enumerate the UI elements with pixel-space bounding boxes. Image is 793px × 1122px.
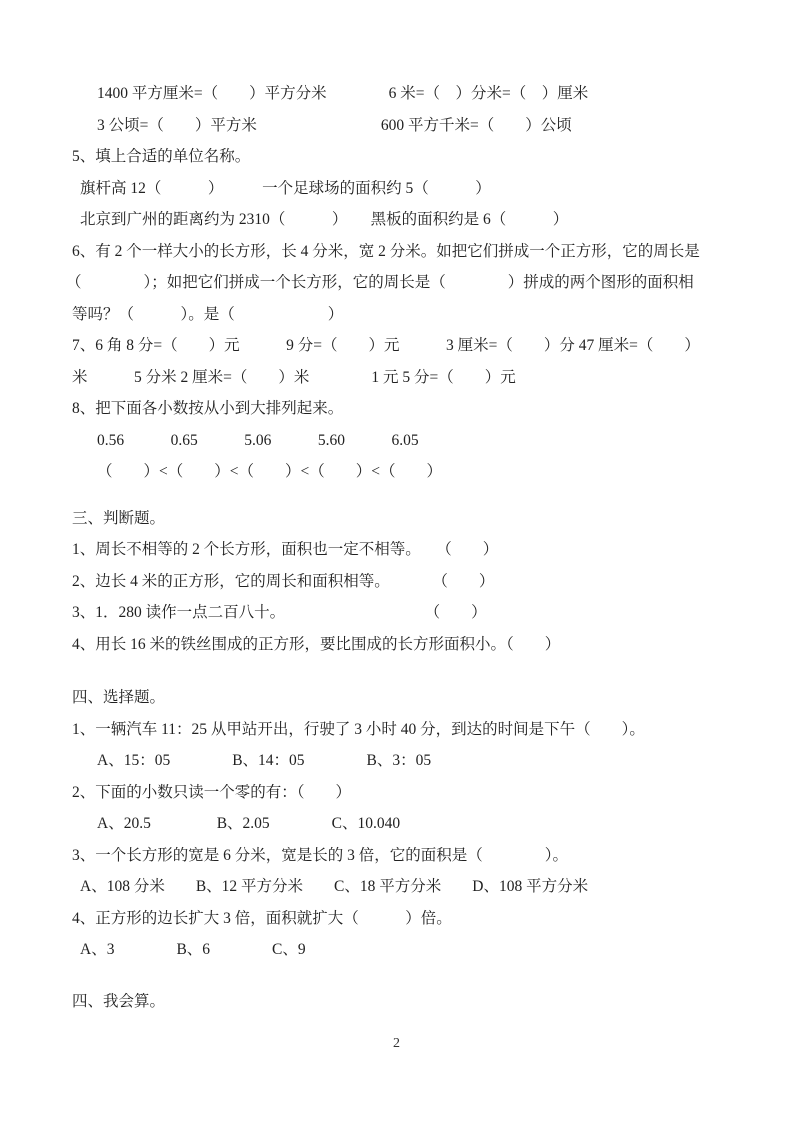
section-choice-heading: 四、选择题。 (72, 682, 757, 714)
question-5-row-2: 北京到广州的距离约为 2310（ ） 黑板的面积约是 6（ ） (72, 204, 757, 236)
question-7-line-2: 米 5 分米 2 厘米=（ ）米 1 元 5 分=（ ）元 (72, 362, 757, 394)
section-judge-heading: 三、判断题。 (72, 503, 757, 535)
question-6-line-3: 等吗？（ ）。是（ ） (72, 299, 757, 331)
worksheet-content: 1400 平方厘米=（ ）平方分米 6 米=（ ）分米=（ ）厘米 3 公顷=（… (72, 78, 757, 1017)
question-5: 5、填上合适的单位名称。 (72, 141, 757, 173)
question-5-row-1: 旗杆高 12（ ） 一个足球场的面积约 5（ ） (72, 173, 757, 205)
page-number: 2 (0, 1034, 793, 1054)
unit-conversion-line-2: 3 公顷=（ ）平方米 600 平方千米=（ ）公顷 (72, 110, 757, 142)
choice-question-3-options: A、108 分米 B、12 平方分米 C、18 平方分米 D、108 平方分米 (72, 871, 757, 903)
unit-conversion-line-1: 1400 平方厘米=（ ）平方分米 6 米=（ ）分米=（ ）厘米 (72, 78, 757, 110)
question-7-line-1: 7、6 角 8 分=（ ）元 9 分=（ ）元 3 厘米=（ ）分 47 厘米=… (72, 330, 757, 362)
question-8: 8、把下面各小数按从小到大排列起来。 (72, 393, 757, 425)
choice-question-2: 2、下面的小数只读一个零的有：（ ） (72, 777, 757, 809)
section-calc-heading: 四、我会算。 (72, 986, 757, 1018)
choice-question-3: 3、一个长方形的宽是 6 分米，宽是长的 3 倍，它的面积是（ ）。 (72, 840, 757, 872)
judge-question-2: 2、边长 4 米的正方形，它的周长和面积相等。 （ ） (72, 566, 757, 598)
question-8-numbers: 0.56 0.65 5.06 5.60 6.05 (72, 425, 757, 457)
choice-question-1: 1、一辆汽车 11：25 从甲站开出，行驶了 3 小时 40 分，到达的时间是下… (72, 714, 757, 746)
choice-question-1-options: A、15：05 B、14：05 B、3：05 (72, 745, 757, 777)
question-6-line-2: （ ）；如把它们拼成一个长方形，它的周长是（ ）拼成的两个图形的面积相 (66, 267, 757, 299)
judge-question-4: 4、用长 16 米的铁丝围成的正方形，要比围成的长方形面积小。（ ） (72, 629, 757, 661)
judge-question-3: 3、1．280 读作一点二百八十。 （ ） (72, 597, 757, 629)
worksheet-page: 1400 平方厘米=（ ）平方分米 6 米=（ ）分米=（ ）厘米 3 公顷=（… (0, 0, 793, 1122)
question-6-line-1: 6、有 2 个一样大小的长方形，长 4 分米，宽 2 分米。如把它们拼成一个正方… (72, 236, 757, 268)
choice-question-4: 4、正方形的边长扩大 3 倍，面积就扩大（ ）倍。 (72, 903, 757, 935)
question-8-answer-blanks: （ ）<（ ）<（ ）<（ ）<（ ） (72, 456, 757, 488)
choice-question-2-options: A、20.5 B、2.05 C、10.040 (72, 808, 757, 840)
judge-question-1: 1、周长不相等的 2 个长方形，面积也一定不相等。 （ ） (72, 534, 757, 566)
choice-question-4-options: A、3 B、6 C、9 (72, 934, 757, 966)
